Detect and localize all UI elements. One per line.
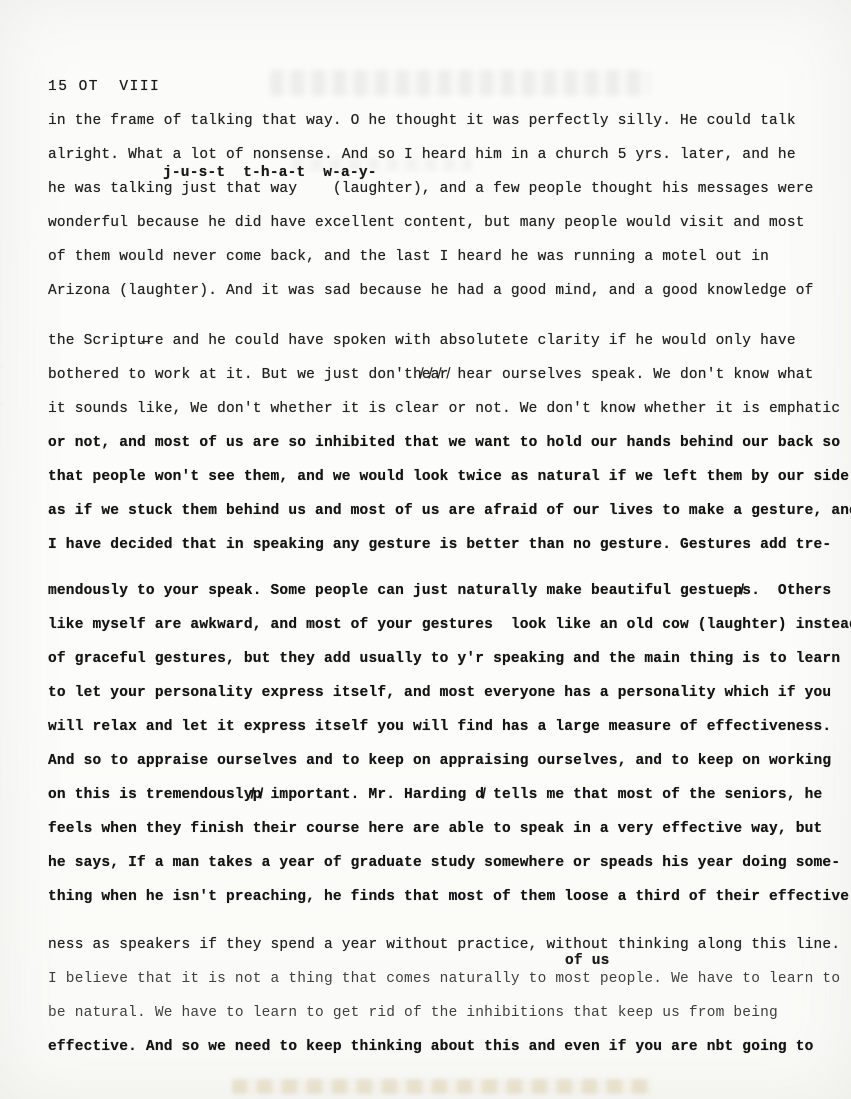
scanned-page: 15 OT VIII in the frame of talking that … <box>0 0 851 1099</box>
typed-line: wonderful because he did have excellent … <box>48 214 805 233</box>
typed-line: of them would never come back, and the l… <box>48 248 769 267</box>
typed-line: mendously to your speak. Some people can… <box>48 582 831 601</box>
typed-line: feels when they finish their course here… <box>48 820 822 839</box>
typed-line: ness as speakers if they spend a year wi… <box>48 936 840 955</box>
typed-line: alright. What a lot of nonsense. And so … <box>48 146 796 165</box>
typed-line: to let your personality express itself, … <box>48 684 831 703</box>
bleedthrough-smudge-top <box>270 70 650 96</box>
typed-line: as if we stuck them behind us and most o… <box>48 502 851 521</box>
typed-line: thing when he isn't preaching, he finds … <box>48 888 851 907</box>
typed-line: on this is tremendously̸p̸ important. Mr… <box>48 786 822 805</box>
interlinear-insertion: of us <box>565 952 610 971</box>
typed-line: will relax and let it express itself you… <box>48 718 831 737</box>
typed-line: that people won't see them, and we would… <box>48 468 849 487</box>
typed-line: like myself are awkward, and most of you… <box>48 616 851 635</box>
typed-line: be natural. We have to learn to get rid … <box>48 1004 778 1023</box>
typed-line: And so to appraise ourselves and to keep… <box>48 752 831 771</box>
bleedthrough-smudge-bottom <box>232 1079 652 1094</box>
typed-line: it sounds like, We don't whether it is c… <box>48 400 840 419</box>
typed-line: he says, If a man takes a year of gradua… <box>48 854 840 873</box>
typed-line: effective. And so we need to keep thinki… <box>48 1038 814 1057</box>
typed-line: in the frame of talking that way. O he t… <box>48 112 796 131</box>
typed-line: bothered to work at it. But we just don'… <box>48 366 814 385</box>
typed-line: the Scriptu̶re and he could have spoken … <box>48 332 796 351</box>
margin-pen-mark <box>0 366 15 404</box>
typed-line: Arizona (laughter). And it was sad becau… <box>48 282 814 301</box>
typed-line: I believe that it is not a thing that co… <box>48 970 840 989</box>
typed-line: of graceful gestures, but they add usual… <box>48 650 840 669</box>
typed-line: or not, and most of us are so inhibited … <box>48 434 840 453</box>
page-header-number: 15 OT VIII <box>48 78 160 97</box>
typed-line: I have decided that in speaking any gest… <box>48 536 831 555</box>
typed-line: he was talking just that way (laughter),… <box>48 180 814 199</box>
